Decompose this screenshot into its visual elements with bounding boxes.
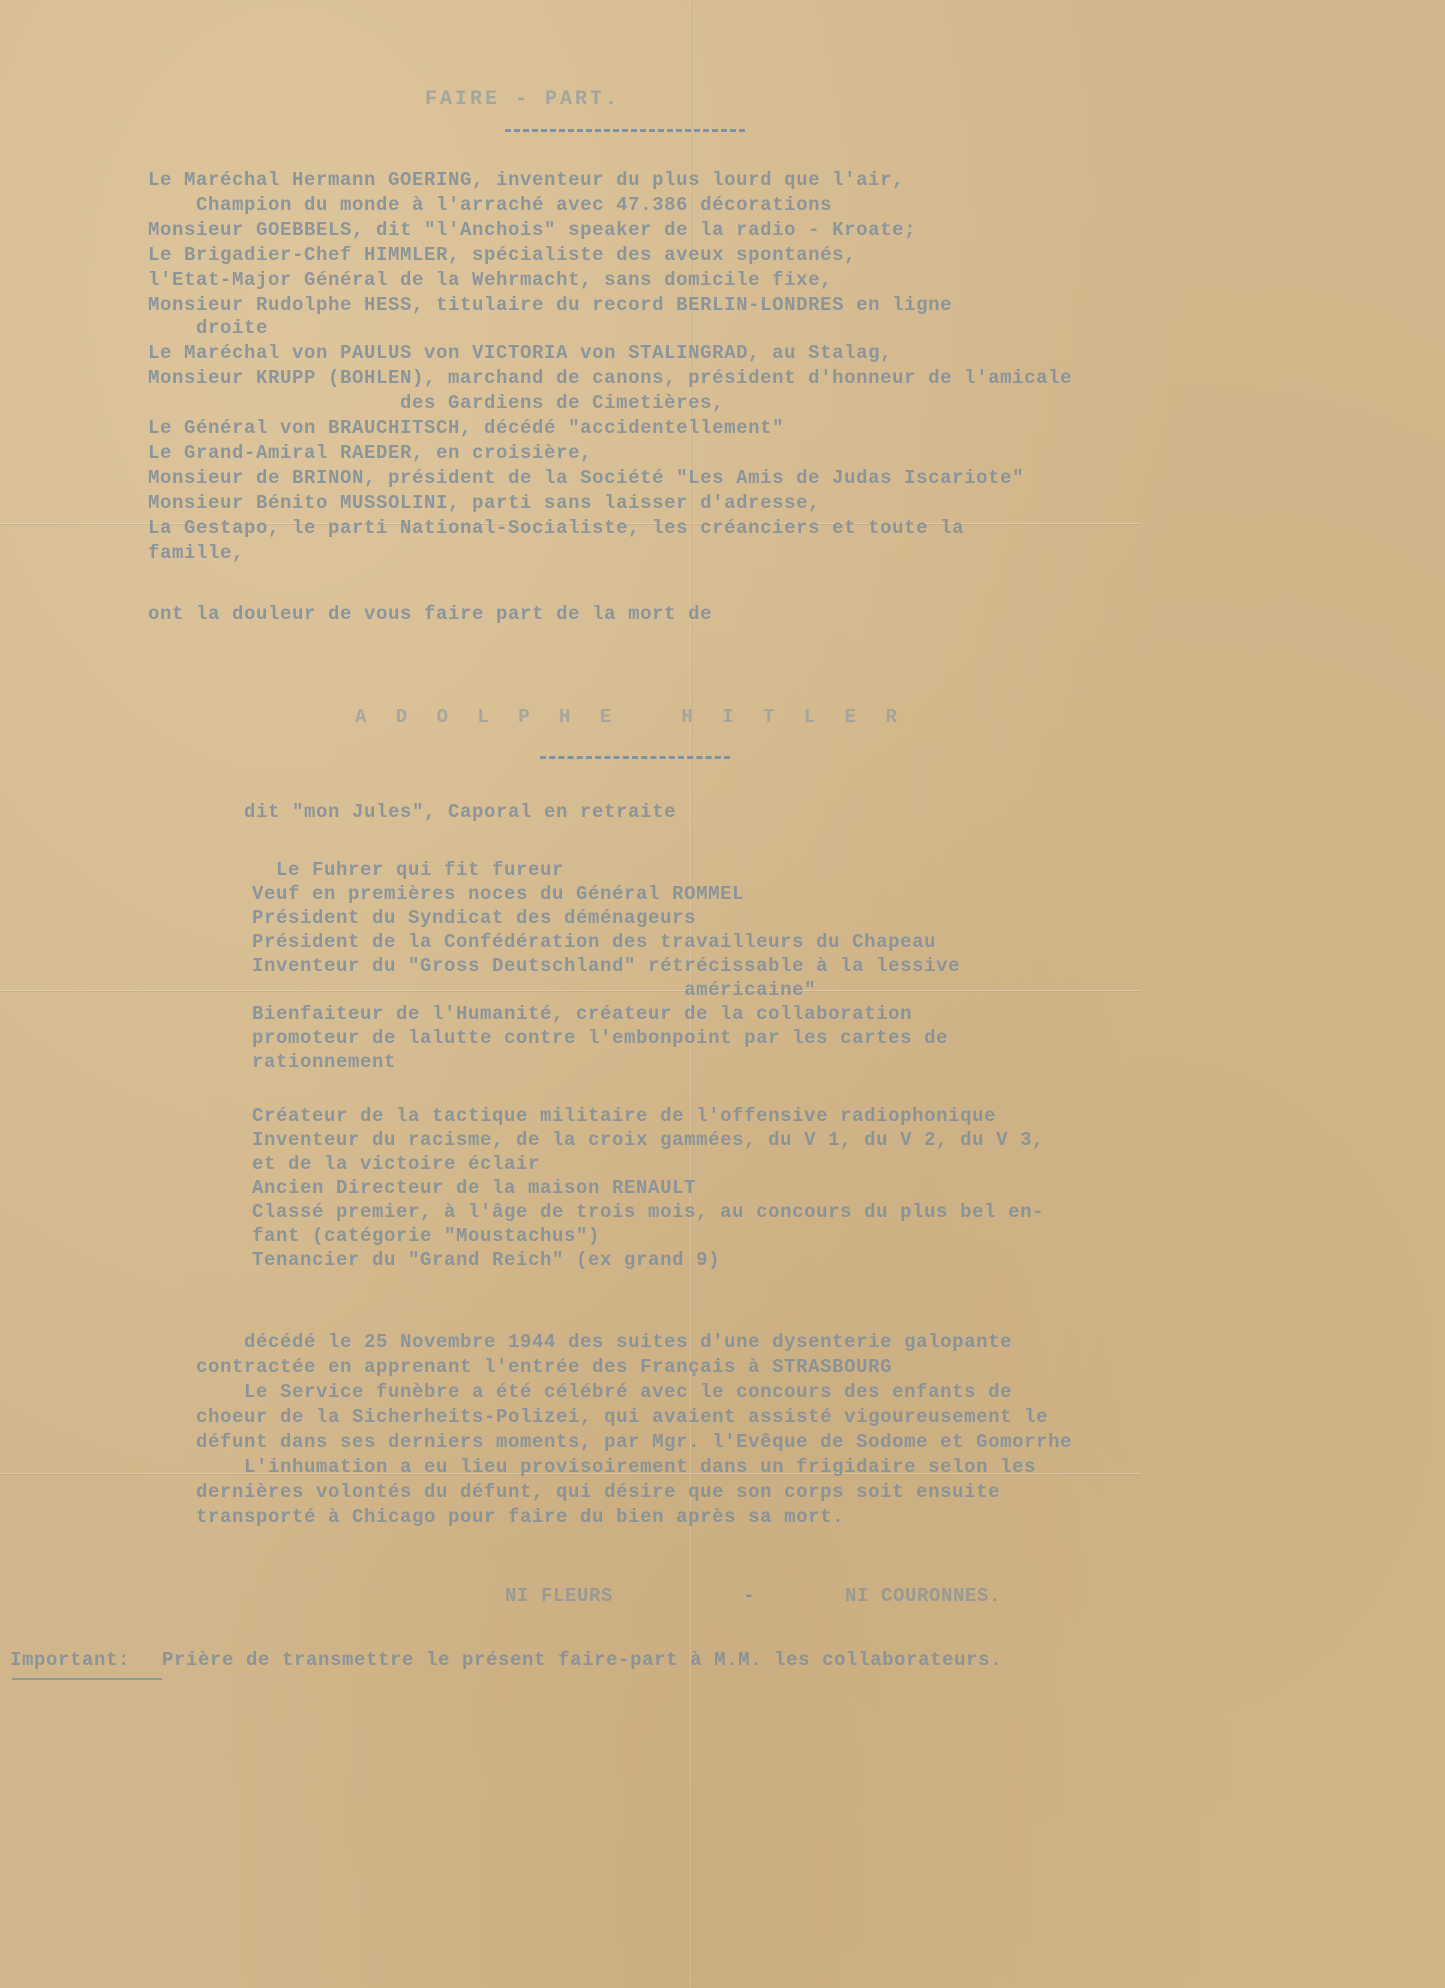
sender-line: Le Général von BRAUCHITSCH, décédé "acci… [148,416,784,440]
sender-line: Le Grand-Amiral RAEDER, en croisière, [148,441,592,465]
title-line: Classé premier, à l'âge de trois mois, a… [252,1200,1044,1224]
title-line: fant (catégorie "Moustachus") [252,1224,600,1248]
document-title: FAIRE - PART. [425,88,620,112]
deceased-name: A D O L P H E H I T L E R [355,705,906,729]
sender-line: des Gardiens de Cimetières, [148,391,724,415]
important-label: Important: [10,1648,130,1672]
sender-line: Le Brigadier-Chef HIMMLER, spécialiste d… [148,243,856,267]
sender-line: l'Etat-Major Général de la Wehrmacht, sa… [148,268,832,292]
sender-line: Champion du monde à l'arraché avec 47.38… [148,193,832,217]
title-line: Créateur de la tactique militaire de l'o… [252,1104,996,1128]
title-line: Président de la Confédération des travai… [252,930,936,954]
sender-line: Le Maréchal von PAULUS von VICTORIA von … [148,341,892,365]
title-line: et de la victoire éclair [252,1152,540,1176]
title-line: Président du Syndicat des déménageurs [252,906,696,930]
title-line: Veuf en premières noces du Général ROMME… [252,882,744,906]
death-paragraph-line: choeur de la Sicherheits-Polizei, qui av… [196,1405,1048,1429]
closing-no-flowers: NI FLEURS [505,1584,613,1608]
title-line: Tenancier du "Grand Reich" (ex grand 9) [252,1248,720,1272]
sender-line: Monsieur KRUPP (BOHLEN), marchand de can… [148,366,1072,390]
announcement-text: ont la douleur de vous faire part de la … [148,602,712,626]
closing-no-wreaths: NI COURONNES. [845,1584,1001,1608]
sender-line: Monsieur GOEBBELS, dit "l'Anchois" speak… [148,218,916,242]
title-underline [505,129,745,132]
important-underline [12,1678,162,1680]
death-paragraph-line: transporté à Chicago pour faire du bien … [196,1505,844,1529]
sender-line: famille, [148,541,244,565]
title-line: Inventeur du racisme, de la croix gammée… [252,1128,1044,1152]
title-line: américaine" [252,978,816,1002]
death-paragraph-line: défunt dans ses derniers moments, par Mg… [196,1430,1072,1454]
death-paragraph-line: décédé le 25 Novembre 1944 des suites d'… [196,1330,1012,1354]
death-paragraph-line: dernières volontés du défunt, qui désire… [196,1480,1000,1504]
title-line: promoteur de lalutte contre l'embonpoint… [252,1026,948,1050]
name-underline [540,756,730,759]
sender-line: Monsieur de BRINON, président de la Soci… [148,466,1024,490]
death-paragraph-line: contractée en apprenant l'entrée des Fra… [196,1355,892,1379]
document-page: FAIRE - PART. Le Maréchal Hermann GOERIN… [0,0,1140,1988]
title-line: Inventeur du "Gross Deutschland" rétréci… [252,954,960,978]
death-paragraph-line: L'inhumation a eu lieu provisoirement da… [196,1455,1036,1479]
death-paragraph-line: Le Service funèbre a été célébré avec le… [196,1380,1012,1404]
title-line: Ancien Directeur de la maison RENAULT [252,1176,696,1200]
sender-line: Monsieur Rudolphe HESS, titulaire du rec… [148,293,952,317]
sender-line: droite [148,316,268,340]
title-line: Bienfaiteur de l'Humanité, créateur de l… [252,1002,912,1026]
sender-line: Le Maréchal Hermann GOERING, inventeur d… [148,168,904,192]
closing-separator: - [743,1584,755,1608]
title-line: Le Fuhrer qui fit fureur [252,858,564,882]
alias-line: dit "mon Jules", Caporal en retraite [244,800,676,824]
important-text: Prière de transmettre le présent faire-p… [150,1648,1002,1672]
title-line: rationnement [252,1050,396,1074]
sender-line: Monsieur Bénito MUSSOLINI, parti sans la… [148,491,820,515]
sender-line: La Gestapo, le parti National-Socialiste… [148,516,964,540]
